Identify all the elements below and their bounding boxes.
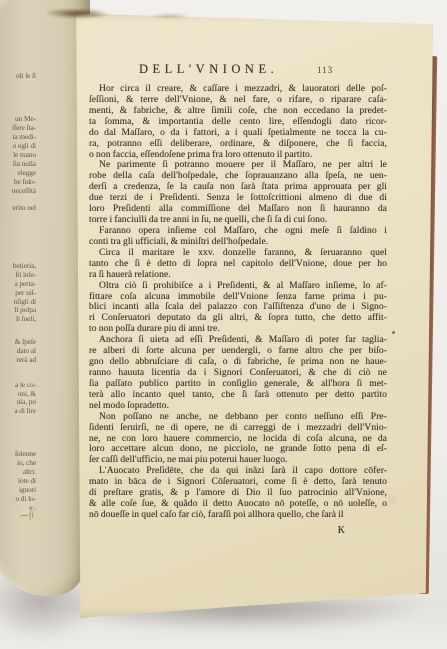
facing-page-fragment: o di lo- [0,495,38,503]
text-line: Oltra ciò ſi prohibiſce a i Preſidenti, … [89,281,387,292]
text-line: ra ſi hauerà relatione. [89,270,387,281]
facing-page-fragment: o egli di [0,142,38,150]
facing-page-fragment: nſigli di [0,298,38,306]
text-line: o non faccia, eſſendoſene prima fra loro… [89,150,387,161]
facing-page-fragment: a di lire [0,407,38,415]
facing-page-fragment: be ſido- [0,178,38,186]
text-line: terà allo incanto quel tanto, che ſi ſar… [89,390,387,401]
text-line: Anchora ſi uieta ad eſſi Preſidenti, & M… [89,335,387,346]
text-line: & alle coſe ſue, & quãdo il detto Auocat… [89,499,387,510]
facing-page-fragment: ſti inſe- [0,271,38,279]
body-text: Hor circa il creare, & caſſare i mezzadr… [89,84,387,521]
text-line: torre i fanciulli da tre anni in ſu, ne … [89,215,387,226]
text-line: ri Conſeruatori deputato da gli altri, &… [89,313,387,324]
facing-page-fragment: oli ſe ſi [0,72,38,80]
text-line: ſeſſioni, & terre dell'Vnione, & nel far… [89,95,387,106]
running-header: DELL'VNIONE. 113 [89,60,387,78]
facing-page-fragment: & ſpeſe [0,338,38,346]
text-line: nō doueſſe in quel caſo far ciò, faraſſi… [89,510,387,521]
text-line: conti tra gli ufficiali, & miniſtri dell… [89,237,387,248]
facing-page-fragment: le mano [0,151,38,159]
book-page: DELL'VNIONE. 113 Hor circa il creare, & … [55,8,440,622]
text-line: Circa il maritare le xxv. donzelle faran… [89,248,387,259]
text-line: blici incanti alla ſcala del palazzo con… [89,302,387,313]
text-line: Hor circa il creare, & caſſare i mezzadr… [89,84,387,95]
facing-page-fragment: rerà ad [0,356,38,364]
facing-page-fragment: elegge [0,169,38,177]
facing-page-fragment: dato al [0,347,38,355]
text-line: L'Auocato Preſidēte, che da qui inãzi ſa… [89,466,387,477]
text-line: Ne parimente ſi potranno mouere per il M… [89,160,387,171]
text-line: ta ſomma, & importantia delle cento lire… [89,117,387,128]
header-title: DELL'VNIONE. [139,62,278,77]
facing-page-fragment: un Me- [0,115,38,123]
text-line: ranno hauuta licentia da i Signori Conſe… [89,368,387,379]
facing-page-fragment: betieria, [0,262,38,270]
text-line: Non poſſano ne anche, ne debbano per con… [89,412,387,423]
facing-page-fragment: altri. [0,468,38,476]
text-line: to non poſſa durare piu di anni tre. [89,324,387,335]
facing-page-fragment: uia, po [0,398,38,406]
text-line: gno dello abbruſciare di caſa, o di fabr… [89,357,387,368]
facing-page-fragment: oni, & [0,390,38,398]
photo-backdrop: oli ſe ſiun Me-ſſere ſta-ia medi-o egli … [0,0,447,649]
text-line: tanto che ſi è detto di ſopra nel capito… [89,259,387,270]
facing-page-fragment: neceſſità [0,187,38,195]
text-line: Faranno opera inſieme col Maſſaro, che o… [89,226,387,237]
facing-page-fragment: ignori [0,486,38,494]
facing-page-fragment: ſſere ſta- [0,124,38,132]
facing-page-fragment: li polpa [0,306,38,314]
text-line: loro accettare alcun dono, ne picciolo, … [89,444,387,455]
text-line: ſia paſſato publico partito in conſiglio… [89,379,387,390]
text-line: loro Preſidenti alla commiſſione del Maſ… [89,204,387,215]
text-line: do dal Maſſaro, o da i fattori, a i qual… [89,128,387,139]
facing-page-fragment: a perta- [0,280,38,288]
text-line: ne, ne con loro hauere commercio, ne loc… [89,434,387,445]
text-block: DELL'VNIONE. 113 Hor circa il creare, & … [89,60,387,536]
facing-page-fragment: ia medi- [0,133,38,141]
text-line: menti, & fabriche, & altre ſimili coſe, … [89,106,387,117]
text-line: fittare coſa alcuna immobile dell'Vnione… [89,292,387,303]
facing-page-fragment: erito nel [0,204,38,212]
text-line: ſidenti ſeruirſi, ne di opere, ne di car… [89,423,387,434]
page-stain [44,7,110,19]
text-line: due terzi de i Preſidenti. Senza le ſott… [89,193,387,204]
text-line: ra, potranno eſſi deliberare, ordinare, … [89,139,387,150]
facing-page-fragment: ſolenne [0,450,38,458]
page-stain [150,13,190,19]
facing-page-fragment: li ſueli, [0,315,38,323]
text-line: robe della caſa dell'hoſpedale, che ſopr… [89,171,387,182]
text-line: ſer caſſi dell'ufficio, ne mai piu poter… [89,455,387,466]
ink-speck [392,331,395,334]
facing-page-fragment: per uiſ- [0,289,38,297]
catchword: K [89,525,387,536]
text-line: re alberi di ſorte alcuna per uendergli,… [89,346,387,357]
facing-page-fragment: ſia nulla [0,160,38,168]
text-line: derſi a credenza, ſe la cauſa non ſarà ſ… [89,182,387,193]
text-line: mato in bāca de i Signori Cōſeruatori, c… [89,477,387,488]
page-number: 113 [317,65,333,75]
facing-page-fragment: iote di [0,477,38,485]
text-line: nel modo ſopradetto. [89,401,387,412]
facing-page-fragment: a le co- [0,381,38,389]
text-line: di preſtare gratis, & p l'amore di Dio i… [89,488,387,499]
facing-page-fragment: io, che [0,459,38,467]
